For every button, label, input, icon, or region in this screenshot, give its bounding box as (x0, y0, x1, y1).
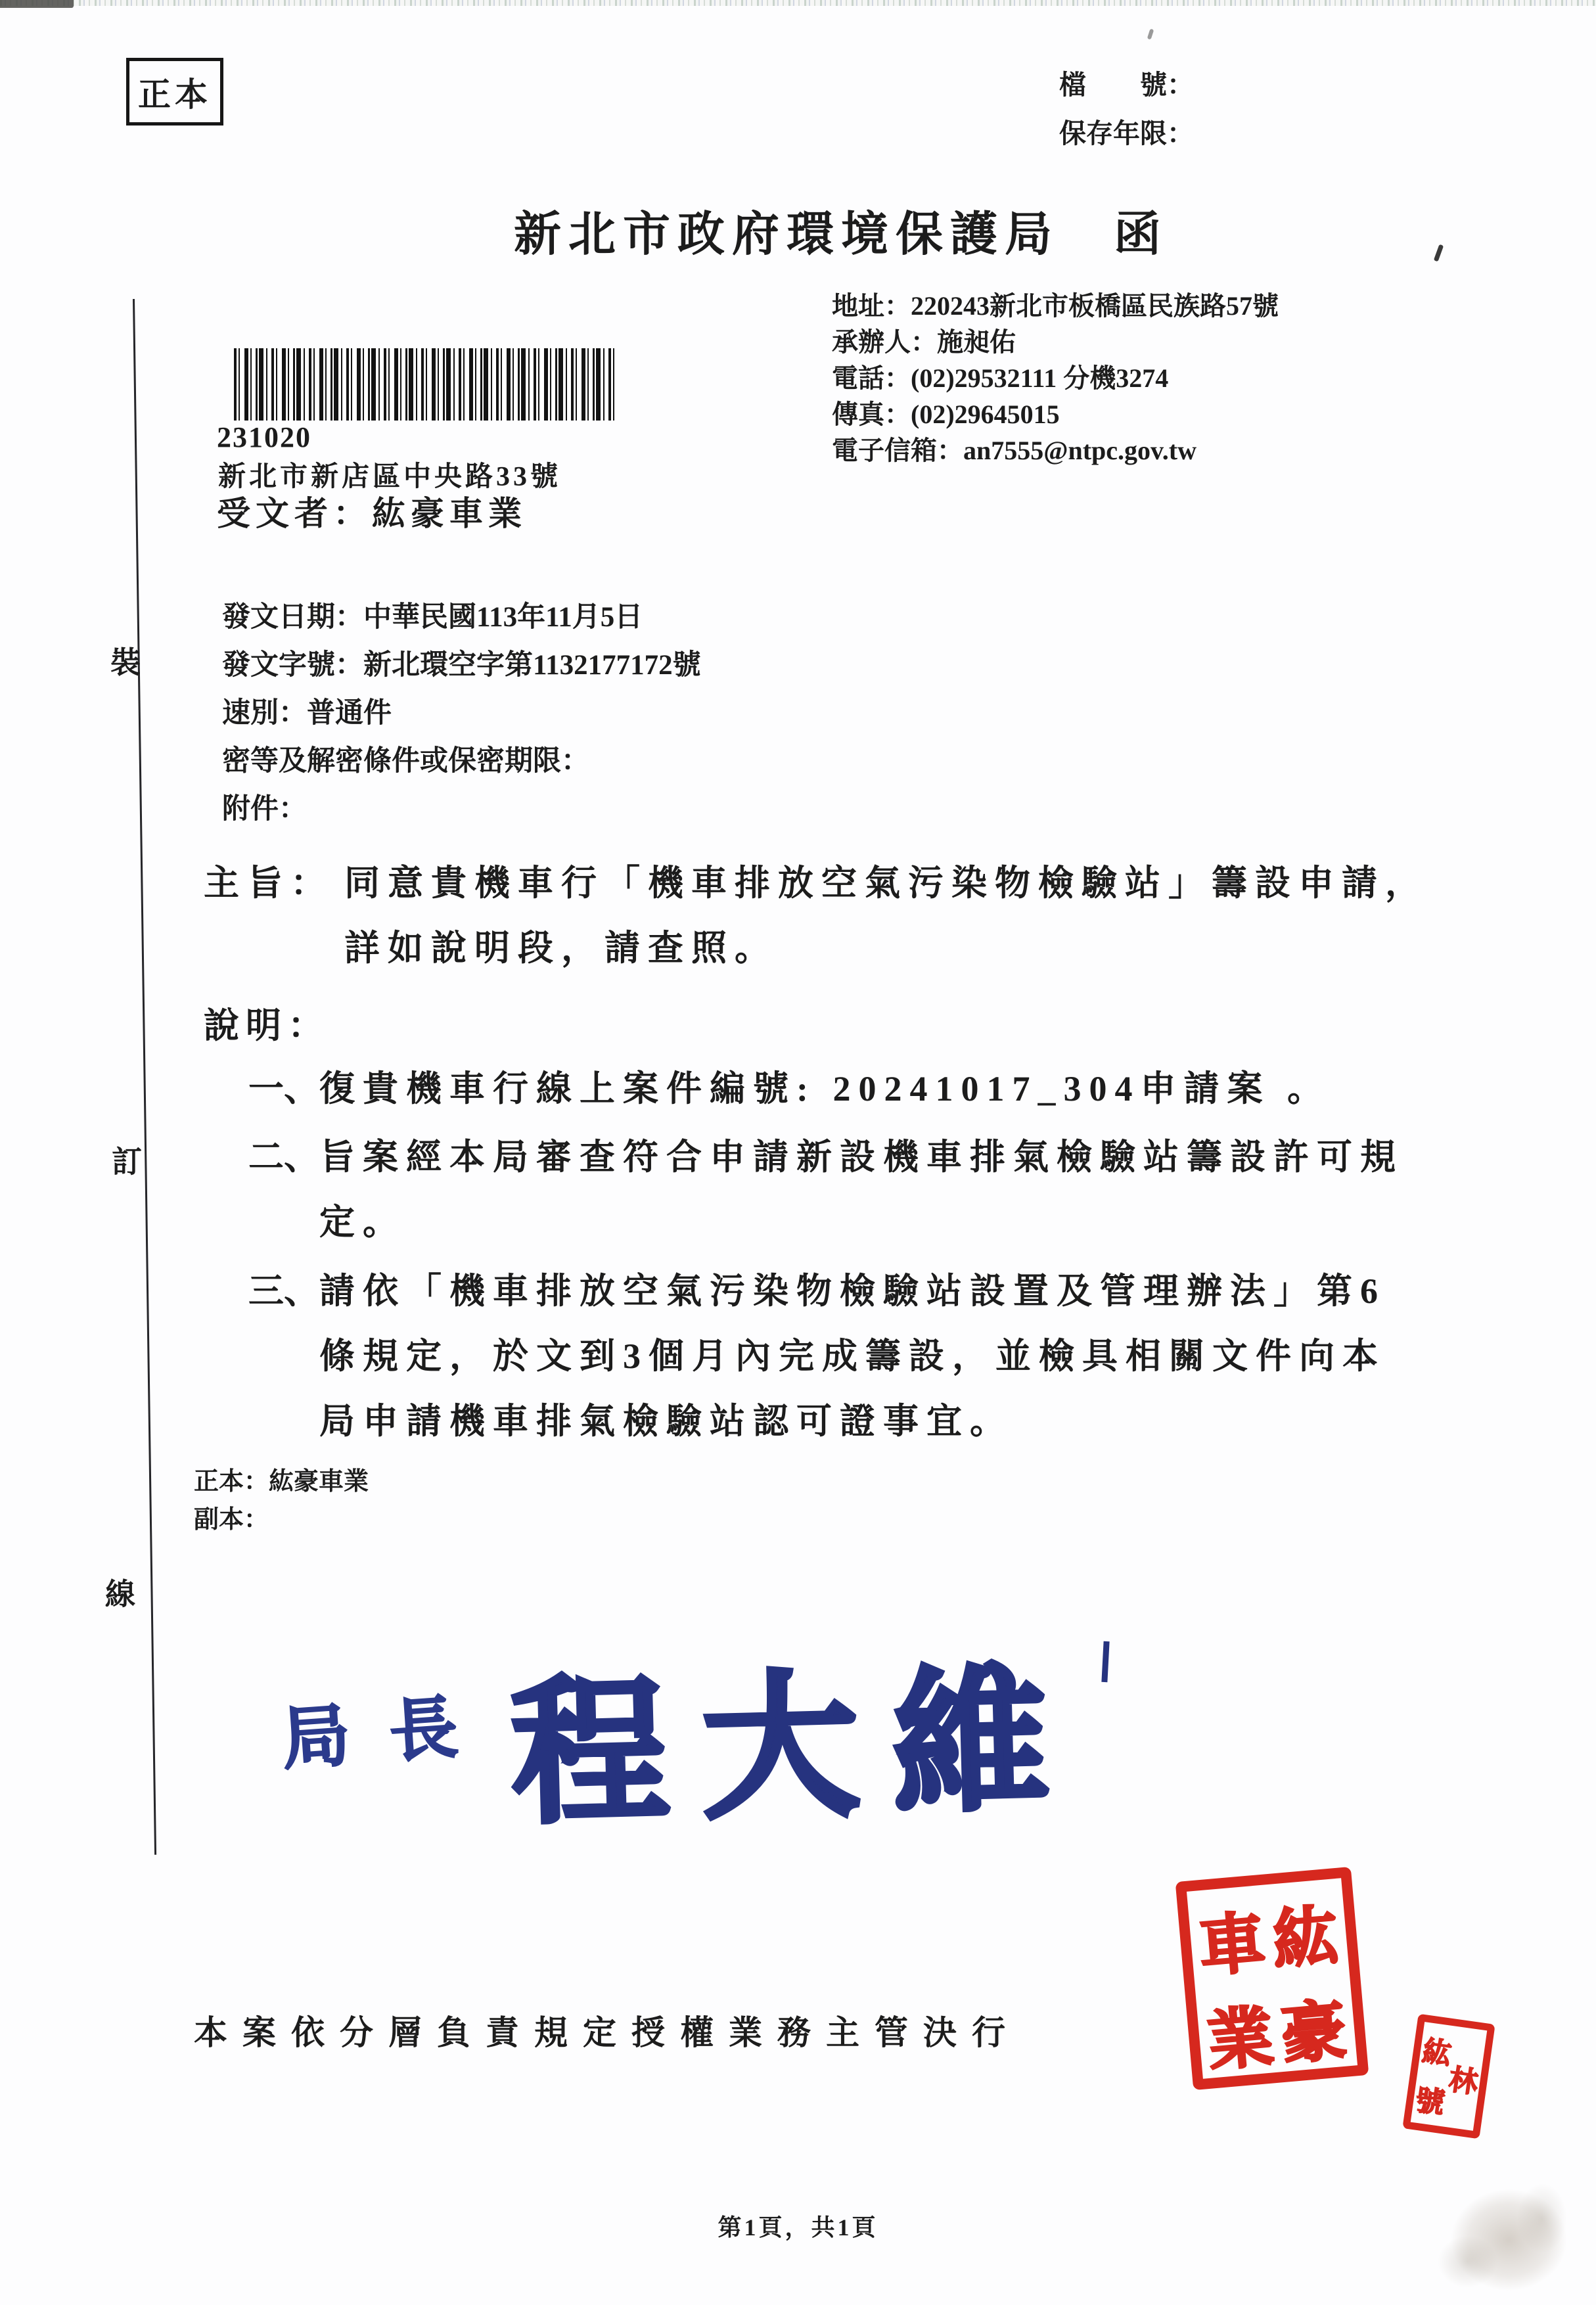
issue-number: 發文字號：新北環空字第1132177172號 (222, 641, 701, 689)
signature-stroke-mark (1101, 1641, 1109, 1682)
sender-info-block: 地址：220243新北市板橋區民族路57號 承辦人：施昶佑 電話：(02)295… (832, 288, 1279, 468)
binding-fold-line (133, 299, 156, 1855)
item-1-number: 一、 (248, 1057, 319, 1122)
item-3-text: 請依「機車排放空氣污染物檢驗站設置及管理辦法」第6 條規定，於文到3個月內完成籌… (319, 1259, 1386, 1454)
file-number-block: 檔 號： 保存年限： (1059, 60, 1194, 158)
scan-edge-artifact (0, 0, 1596, 6)
attachment-label: 附件： (222, 785, 701, 833)
distribution-original: 正本：紘豪車業 (194, 1463, 369, 1501)
company-seal-char: 紘 (1268, 1883, 1342, 1982)
item-2-text: 旨案經本局審查符合申請新設機車排氣檢驗站籌設許可規 定。 (319, 1125, 1403, 1255)
distribution-block: 正本：紘豪車業 副本： (194, 1463, 369, 1539)
explanation-heading: 說明： (204, 997, 330, 1048)
item-2-line-2: 定。 (319, 1190, 1403, 1255)
recipient-postal-code: 231020 (217, 421, 311, 454)
binding-char-ding: 訂 (112, 1138, 142, 1181)
sender-fax: 傳真：(02)29645015 (832, 396, 1279, 432)
delegation-note: 本案依分層負責規定授權業務主管決行 (194, 2005, 1020, 2054)
sender-phone: 電話：(02)29532111 分機3274 (832, 360, 1279, 396)
sender-email: 電子信箱：an7555@ntpc.gov.tw (832, 432, 1279, 468)
signature-name: 程大維 (509, 1614, 1086, 1854)
personal-seal-char: 林 (1447, 2055, 1481, 2101)
subject-line-1: 同意貴機車行「機車排放空氣污染物檢驗站」籌設申請， (344, 851, 1428, 916)
sender-address: 地址：220243新北市板橋區民族路57號 (832, 288, 1279, 324)
distribution-copy: 副本： (194, 1501, 369, 1539)
sender-contact: 承辦人：施昶佑 (832, 324, 1279, 360)
scan-edge-artifact-dark (0, 0, 74, 8)
subject-section: 主旨： 同意貴機車行「機車排放空氣污染物檢驗站」籌設申請， 詳如說明段，請查照。 (204, 851, 1452, 981)
document-title: 新北市政府環境保護局 函 (514, 196, 1237, 264)
document-page: 正本 檔 號： 保存年限： 新北市政府環境保護局 函 地址：220243新北市板… (0, 0, 1596, 2305)
subject-text: 同意貴機車行「機車排放空氣污染物檢驗站」籌設申請， 詳如說明段，請查照。 (344, 851, 1428, 981)
item-2-number: 二、 (248, 1125, 319, 1190)
explanation-item-3: 三、 請依「機車排放空氣污染物檢驗站設置及管理辦法」第6 條規定，於文到3個月內… (248, 1259, 1471, 1454)
scan-speck (1434, 244, 1444, 262)
speed-class: 速別：普通件 (222, 689, 701, 737)
item-3-line-3: 局申請機車排氣檢驗站認可證事宜。 (319, 1389, 1386, 1454)
personal-seal-char: 號 (1413, 2076, 1448, 2122)
item-3-number: 三、 (248, 1259, 319, 1324)
binding-char-zhuang: 裝 (110, 639, 141, 682)
item-2-line-1: 旨案經本局審查符合申請新設機車排氣檢驗站籌設許可規 (319, 1125, 1403, 1190)
item-1-text: 復貴機車行線上案件編號: 20241017_304申請案 。 (319, 1057, 1331, 1122)
mailing-barcode (234, 348, 615, 421)
copy-type-label: 正本 (138, 68, 212, 116)
security-class: 密等及解密條件或保密期限： (222, 737, 701, 785)
item-3-line-1: 請依「機車排放空氣污染物檢驗站設置及管理辦法」第6 (319, 1259, 1386, 1324)
personal-seal-stamp: 林 紘 號 (1402, 2014, 1495, 2139)
issue-date: 發文日期：中華民國113年11月5日 (222, 593, 701, 641)
recipient-line: 受文者：紘豪車業 (217, 486, 527, 535)
explanation-item-2: 二、 旨案經本局審查符合申請新設機車排氣檢驗站籌設許可規 定。 (248, 1125, 1471, 1255)
subject-line-2: 詳如說明段，請查照。 (344, 916, 1428, 981)
explanation-item-1: 一、 復貴機車行線上案件編號: 20241017_304申請案 。 (248, 1057, 1471, 1122)
scan-speck (1147, 28, 1154, 39)
document-meta-block: 發文日期：中華民國113年11月5日 發文字號：新北環空字第1132177172… (222, 593, 701, 833)
company-seal-char: 車 (1195, 1889, 1268, 1989)
company-seal-char: 業 (1203, 1983, 1277, 2083)
file-number-label: 檔 號： (1059, 60, 1194, 109)
copy-type-box: 正本 (126, 58, 223, 126)
item-3-line-2: 條規定，於文到3個月內完成籌設，並檢具相關文件向本 (319, 1324, 1386, 1389)
personal-seal-char: 紘 (1420, 2027, 1454, 2073)
binding-char-xian: 線 (105, 1570, 135, 1614)
subject-label: 主旨： (204, 851, 344, 916)
signature-title: 局長 (278, 1670, 500, 1783)
company-seal-stamp: 紘 車 豪 業 (1175, 1867, 1369, 2090)
retention-label: 保存年限： (1059, 109, 1194, 158)
page-number-footer: 第1頁，共1頁 (0, 2209, 1596, 2243)
company-seal-char: 豪 (1277, 1977, 1350, 2077)
